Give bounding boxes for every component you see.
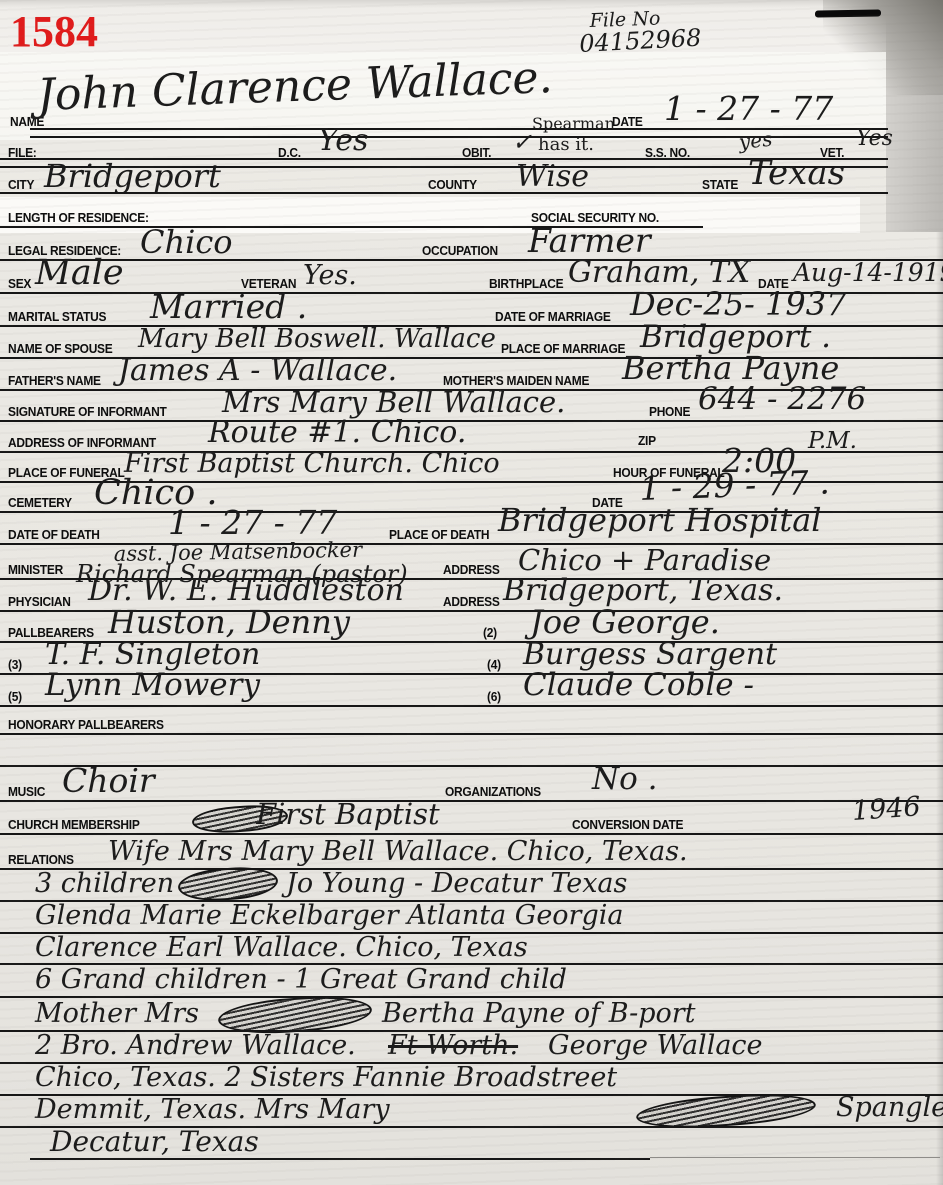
pallbearer-5: Lynn Mowery [45, 670, 260, 701]
relations-line-7-struck: Ft Worth. [388, 1032, 518, 1059]
pallbearer-3: T. F. Singleton [45, 640, 260, 670]
pallbearer-6: Claude Coble - [523, 670, 754, 701]
relations-line-7-pre: 2 Bro. Andrew Wallace. [35, 1032, 356, 1059]
page-edge-shade-right-top [886, 0, 943, 232]
city-rule [0, 192, 888, 194]
relations-line-4: Clarence Earl Wallace. Chico, Texas [35, 934, 528, 961]
informant-signature-label: SIGNATURE OF INFORMANT [8, 404, 166, 419]
relations-line-8: Chico, Texas. 2 Sisters Fannie Broadstre… [35, 1064, 617, 1091]
hour-meridiem: P.M. [808, 430, 857, 453]
sex-label: SEX [8, 276, 31, 291]
birthdate-value: Aug-14-1919 [793, 260, 943, 285]
relations-line-7-post: George Wallace [548, 1032, 763, 1059]
informant-address-value: Route #1. Chico. [208, 418, 466, 448]
relations-line-2-pre: 3 children [35, 870, 174, 897]
obit-checkmark: ✓ [512, 130, 532, 154]
ssno-value: yes [738, 129, 773, 152]
veteran-value: Yes. [303, 262, 357, 289]
pallbearer-4-number: (4) [487, 657, 501, 672]
physician-label: PHYSICIAN [8, 594, 71, 609]
phone-value: 644 - 2276 [698, 384, 866, 415]
birthplace-label: BIRTHPLACE [489, 276, 563, 291]
name-date-value: 1 - 27 - 77 [664, 92, 833, 125]
zip-label: ZIP [638, 433, 656, 448]
obit-note-line1: Spearman [532, 116, 615, 132]
vet-value: Yes [856, 128, 893, 150]
pallbearer-6-number: (6) [487, 689, 501, 704]
conversion-date-value: 1946 [851, 793, 921, 825]
relations-line-5: 6 Grand children - 1 Great Grand child [35, 966, 567, 993]
scratched-out-word [177, 865, 279, 904]
relations-line-9-pre: Demmit, Texas. Mrs Mary [35, 1096, 390, 1123]
marriage-date-label: DATE OF MARRIAGE [495, 309, 611, 324]
relations-rule-10 [30, 1158, 650, 1160]
spouse-value: Mary Bell Boswell. Wallace [138, 326, 496, 352]
pallbearer-2: Joe George. [530, 606, 720, 638]
occupation-value: Farmer [528, 224, 651, 257]
relations-line-9-post: Spangle [836, 1094, 943, 1121]
name-date-label: DATE [612, 114, 643, 129]
length-of-residence-label: LENGTH OF RESIDENCE: [8, 210, 149, 225]
informant-signature-value: Mrs Mary Bell Wallace. [222, 388, 565, 417]
pallbearer-5-number: (5) [8, 689, 22, 704]
physician-address-value: Bridgeport, Texas. [503, 576, 783, 606]
marital-status-label: MARITAL STATUS [8, 309, 106, 324]
state-label: STATE [702, 177, 738, 192]
pallbearer-2-number: (2) [483, 625, 497, 640]
relations-line-3: Glenda Marie Eckelbarger Atlanta Georgia [35, 902, 623, 929]
relations-line-10: Decatur, Texas [50, 1128, 259, 1156]
sex-value: Male [35, 256, 124, 291]
cemetery-date-value: 1 - 29 - 77 . [639, 465, 830, 505]
relations-line-2-post: Jo Young - Decatur Texas [286, 870, 627, 897]
music-label: MUSIC [8, 784, 45, 799]
church-membership-value: First Baptist [256, 800, 440, 829]
relations-rule-10-faint [650, 1157, 940, 1158]
relations-label: RELATIONS [8, 852, 74, 867]
dc-value: Yes [318, 126, 368, 156]
pallbearer-4: Burgess Sargent [523, 640, 777, 670]
page-edge-shade-right [936, 232, 943, 1185]
pallbearer-3-number: (3) [8, 657, 22, 672]
pallbearers-rule-3 [0, 705, 943, 707]
minister-label: MINISTER [8, 562, 63, 577]
date-of-death-label: DATE OF DEATH [8, 527, 100, 542]
cemetery-label: CEMETERY [8, 495, 72, 510]
place-of-death-value: Bridgeport Hospital [498, 504, 822, 536]
ledger-number: 1584 [10, 6, 98, 57]
father-name-label: FATHER'S NAME [8, 373, 101, 388]
minister-address-label: ADDRESS [443, 562, 500, 577]
spouse-label: NAME OF SPOUSE [8, 341, 112, 356]
county-value: Wise [516, 162, 589, 192]
marriage-date-value: Dec-25- 1937 [630, 288, 846, 320]
organizations-label: ORGANIZATIONS [445, 784, 541, 799]
file-no-value: 04152968 [579, 26, 702, 56]
occupation-label: OCCUPATION [422, 243, 498, 258]
church-rule [0, 833, 943, 835]
state-value: Texas [748, 156, 845, 190]
birthplace-value: Graham, TX [568, 258, 750, 288]
relations-line-6-post: Bertha Payne of B-port [382, 1000, 696, 1027]
funeral-record-document: 1584 File No 04152968 NAME John Clarence… [0, 0, 943, 1185]
county-label: COUNTY [428, 177, 477, 192]
city-label: CITY [8, 177, 34, 192]
legal-residence-value: Chico [140, 226, 233, 258]
mother-maiden-name-value: Bertha Payne [622, 352, 839, 384]
informant-signature-rule [0, 420, 943, 422]
conversion-date-label: CONVERSION DATE [572, 817, 683, 832]
pallbearer-1: Huston, Denny [108, 606, 350, 638]
marital-status-value: Married . [150, 290, 307, 323]
physician-address-label: ADDRESS [443, 594, 500, 609]
organizations-value: No . [592, 764, 658, 795]
honorary-pallbearers-label: HONORARY PALLBEARERS [8, 717, 164, 732]
honorary-rule-1 [0, 733, 943, 735]
place-of-death-label: PLACE OF DEATH [389, 527, 489, 542]
music-rule [0, 800, 943, 802]
name-value: John Clarence Wallace. [36, 56, 553, 118]
phone-label: PHONE [649, 404, 690, 419]
staple-mark [815, 9, 881, 17]
place-of-marriage-label: PLACE OF MARRIAGE [501, 341, 625, 356]
relations-line-6-pre: Mother Mrs [35, 1000, 199, 1027]
city-value: Bridgeport [44, 160, 221, 192]
music-value: Choir [62, 764, 155, 797]
father-name-value: James A - Wallace. [118, 356, 397, 386]
obit-note-line2: has it. [538, 136, 594, 154]
physician-value: Dr. W. E. Huddleston [88, 576, 404, 606]
church-membership-label: CHURCH MEMBERSHIP [8, 817, 140, 832]
date-of-death-value: 1 - 27 - 77 [168, 506, 337, 539]
relations-line-1: Wife Mrs Mary Bell Wallace. Chico, Texas… [108, 838, 688, 865]
minister-address-value: Chico + Paradise [518, 546, 771, 575]
